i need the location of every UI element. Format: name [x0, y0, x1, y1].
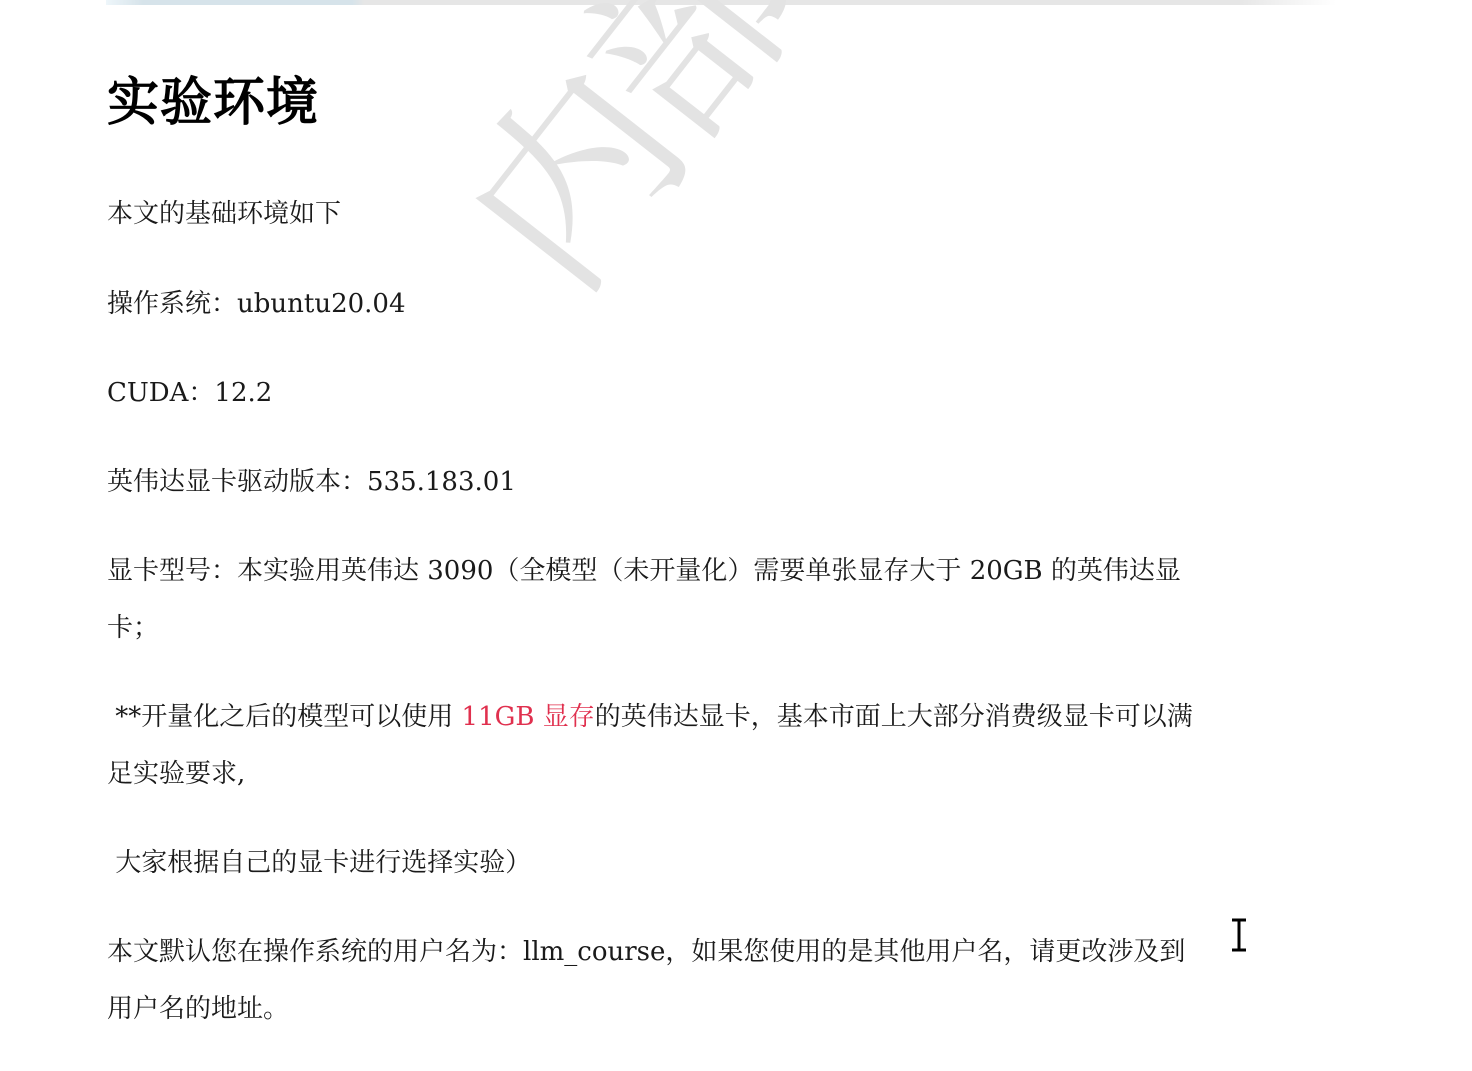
- gpu-line-2: 卡；: [107, 599, 159, 657]
- quantization-suffix: 的英伟达显卡，基本市面上大部分消费级显卡可以满: [595, 702, 1193, 732]
- username-line-1: 本文默认您在操作系统的用户名为：llm_course，如果您使用的是其他用户名，…: [107, 923, 1185, 981]
- text-cursor-icon: [1229, 918, 1249, 952]
- username-line-2: 用户名的地址。: [107, 980, 289, 1038]
- driver-line: 英伟达显卡驱动版本：535.183.01: [107, 453, 516, 511]
- page-title: 实验环境: [107, 60, 319, 135]
- quantization-line-2: 足实验要求,: [107, 745, 245, 803]
- top-scroll-edge: [106, 0, 1336, 5]
- quantization-prefix: **开量化之后的模型可以使用: [107, 702, 462, 732]
- choose-line: 大家根据自己的显卡进行选择实验）: [107, 834, 531, 892]
- watermark: 内部资料: [390, 0, 1084, 337]
- quantization-paragraph: **开量化之后的模型可以使用 11GB 显存的英伟达显卡，基本市面上大部分消费级…: [107, 688, 1193, 746]
- gpu-line-1: 显卡型号：本实验用英伟达 3090（全模型（未开量化）需要单张显存大于 20GB…: [107, 542, 1181, 600]
- memory-highlight: 11GB 显存: [462, 702, 595, 732]
- intro-paragraph: 本文的基础环境如下: [107, 185, 341, 243]
- os-line: 操作系统：ubuntu20.04: [107, 275, 406, 333]
- cuda-line: CUDA：12.2: [107, 364, 272, 422]
